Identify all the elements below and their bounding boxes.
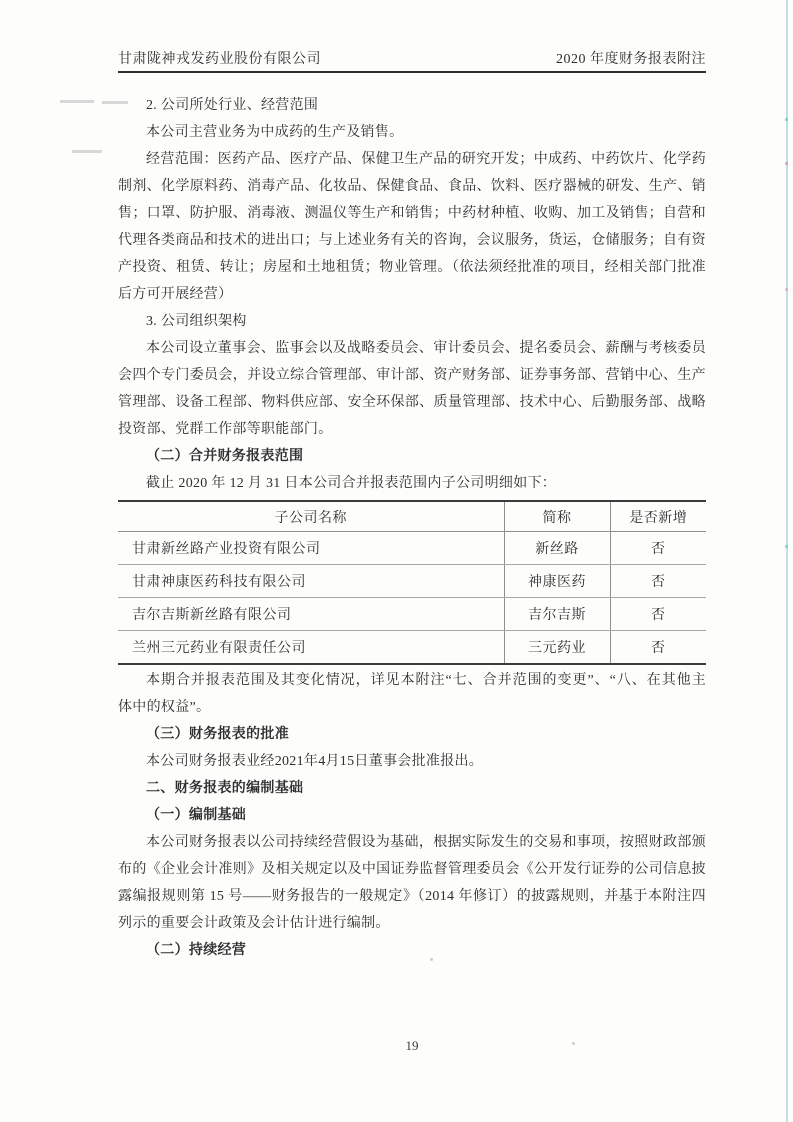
subsidiaries-table: 子公司名称 简称 是否新增 甘肃新丝路产业投资有限公司 新丝路 否 甘肃神康医药… bbox=[118, 500, 706, 665]
header-company-name: 甘肃陇神戎发药业股份有限公司 bbox=[118, 48, 321, 68]
approval-heading: （三）财务报表的批准 bbox=[118, 721, 706, 748]
header-doc-title: 2020 年度财务报表附注 bbox=[556, 48, 706, 68]
page-footer: 19 bbox=[118, 1038, 706, 1054]
basis-section-heading: 二、财务报表的编制基础 bbox=[118, 775, 706, 802]
table-cell-subsidiary-name: 兰州三元药业有限责任公司 bbox=[118, 631, 504, 665]
business-scope-line: 代理各类商品和技术的进出口；与上述业务有关的咨询，会议服务，货运，仓储服务；自有… bbox=[118, 227, 706, 254]
scope-change-line: 本期合并报表范围及其变化情况，详见本附注“七、合并范围的变更”、“八、在其他主 bbox=[118, 667, 706, 694]
going-concern-heading: （二）持续经营 bbox=[118, 937, 706, 964]
business-scope-line: 经营范围：医药产品、医疗产品、保健卫生产品的研究开发；中成药、中药饮片、化学药 bbox=[118, 146, 706, 173]
prep-basis-line: 露编报规则第 15 号——财务报告的一般规定》（2014 年修订）的披露规则，并… bbox=[118, 883, 706, 910]
scan-artifact-speck bbox=[785, 118, 788, 121]
table-header-row: 子公司名称 简称 是否新增 bbox=[118, 501, 706, 532]
table-cell-is-new: 否 bbox=[610, 565, 706, 598]
document-page: 甘肃陇神戎发药业股份有限公司 2020 年度财务报表附注 2. 公司所处行业、经… bbox=[0, 0, 793, 1122]
table-cell-short-name: 新丝路 bbox=[504, 532, 610, 565]
table-row: 甘肃神康医药科技有限公司 神康医药 否 bbox=[118, 565, 706, 598]
consolidation-scope-heading: （二）合并财务报表范围 bbox=[118, 443, 706, 470]
business-scope-line: 售；口罩、防护服、消毒液、测温仪等生产和销售；中药材种植、收购、加工及销售；自营… bbox=[118, 200, 706, 227]
org-structure-line: 投资部、党群工作部等职能部门。 bbox=[118, 416, 706, 443]
page-number: 19 bbox=[406, 1038, 419, 1053]
scope-change-line: 体中的权益”。 bbox=[118, 694, 706, 721]
document-body: 2. 公司所处行业、经营范围 本公司主营业务为中成药的生产及销售。 经营范围：医… bbox=[118, 92, 706, 964]
business-scope-line: 产投资、租赁、转让；房屋和土地租赁；物业管理。（依法须经批准的项目，经相关部门批… bbox=[118, 254, 706, 281]
scan-artifact-vertical-line bbox=[786, 0, 788, 1122]
scan-artifact-speck bbox=[785, 545, 788, 548]
table-cell-subsidiary-name: 甘肃神康医药科技有限公司 bbox=[118, 565, 504, 598]
scan-artifact-speck bbox=[785, 162, 788, 165]
table-cell-subsidiary-name: 吉尔吉斯新丝路有限公司 bbox=[118, 598, 504, 631]
scan-artifact-dash bbox=[60, 100, 94, 103]
table-cell-short-name: 神康医药 bbox=[504, 565, 610, 598]
section-2-heading: 2. 公司所处行业、经营范围 bbox=[118, 92, 706, 119]
prep-basis-line: 本公司财务报表以公司持续经营假设为基础，根据实际发生的交易和事项，按照财政部颁 bbox=[118, 829, 706, 856]
table-cell-subsidiary-name: 甘肃新丝路产业投资有限公司 bbox=[118, 532, 504, 565]
prep-basis-heading: （一）编制基础 bbox=[118, 802, 706, 829]
prep-basis-line: 布的《企业会计准则》及相关规定以及中国证券监督管理委员会《公开发行证券的公司信息… bbox=[118, 856, 706, 883]
org-structure-line: 管理部、设备工程部、物料供应部、安全环保部、质量管理部、技术中心、后勤服务部、战… bbox=[118, 389, 706, 416]
business-scope-line: 后方可开展经营） bbox=[118, 281, 706, 308]
table-row: 吉尔吉斯新丝路有限公司 吉尔吉斯 否 bbox=[118, 598, 706, 631]
table-row: 兰州三元药业有限责任公司 三元药业 否 bbox=[118, 631, 706, 665]
table-cell-is-new: 否 bbox=[610, 598, 706, 631]
scan-artifact-speck bbox=[785, 288, 788, 291]
org-structure-line: 会四个专门委员会，并设立综合管理部、审计部、资产财务部、证券事务部、营销中心、生… bbox=[118, 362, 706, 389]
main-business-line: 本公司主营业务为中成药的生产及销售。 bbox=[118, 119, 706, 146]
table-row: 甘肃新丝路产业投资有限公司 新丝路 否 bbox=[118, 532, 706, 565]
table-cell-is-new: 否 bbox=[610, 532, 706, 565]
table-intro-line: 截止 2020 年 12 月 31 日本公司合并报表范围内子公司明细如下： bbox=[118, 470, 706, 497]
table-cell-is-new: 否 bbox=[610, 631, 706, 665]
approval-line: 本公司财务报表业经2021年4月15日董事会批准报出。 bbox=[118, 748, 706, 775]
table-cell-short-name: 三元药业 bbox=[504, 631, 610, 665]
table-header-short-name: 简称 bbox=[504, 501, 610, 532]
section-3-heading: 3. 公司组织架构 bbox=[118, 308, 706, 335]
page-header: 甘肃陇神戎发药业股份有限公司 2020 年度财务报表附注 bbox=[118, 40, 706, 73]
business-scope-line: 制剂、化学原料药、消毒产品、化妆品、保健食品、食品、饮料、医疗器械的研发、生产、… bbox=[118, 173, 706, 200]
table-cell-short-name: 吉尔吉斯 bbox=[504, 598, 610, 631]
org-structure-line: 本公司设立董事会、监事会以及战略委员会、审计委员会、提名委员会、薪酬与考核委员 bbox=[118, 335, 706, 362]
table-header-subsidiary-name: 子公司名称 bbox=[118, 501, 504, 532]
scan-artifact-dash bbox=[72, 150, 102, 153]
table-header-is-new: 是否新增 bbox=[610, 501, 706, 532]
prep-basis-line: 列示的重要会计政策及会计估计进行编制。 bbox=[118, 910, 706, 937]
